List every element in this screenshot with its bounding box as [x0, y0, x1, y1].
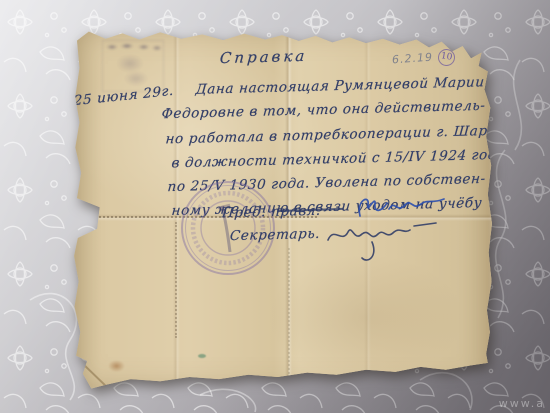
secretary-signature-label: Секретарь.	[229, 226, 321, 244]
paper-sheet: Справка 6.2.19 10 25 июня 29г. Дана наст…	[72, 28, 492, 390]
body-line-3: но работала в потребкооперации г. Шарьи	[165, 123, 506, 148]
document-title: Справка	[219, 47, 308, 67]
photo-watermark: www.a	[499, 397, 545, 410]
brown-stain	[108, 360, 125, 372]
pencil-date-note: 6.2.19	[392, 51, 434, 67]
green-ink-smudge	[198, 354, 206, 358]
circled-number-annotation: 10	[437, 48, 456, 67]
body-line-1: Дана настоящая Румянцевой Марии	[195, 74, 485, 98]
paper-document: Справка 6.2.19 10 25 июня 29г. Дана наст…	[72, 28, 492, 390]
center-crease-dots	[288, 248, 290, 378]
perforation-dotted-line-vertical	[175, 222, 177, 338]
photo-of-document: Справка 6.2.19 10 25 июня 29г. Дана наст…	[0, 0, 550, 413]
body-line-4: в должности техничкой с 15/IV 1924 года	[171, 147, 506, 172]
secretary-signature	[324, 218, 449, 270]
body-line-2: Федоровне в том, что она действитель-	[161, 98, 486, 122]
chairman-signature-label: Пред. правл.	[221, 203, 321, 222]
